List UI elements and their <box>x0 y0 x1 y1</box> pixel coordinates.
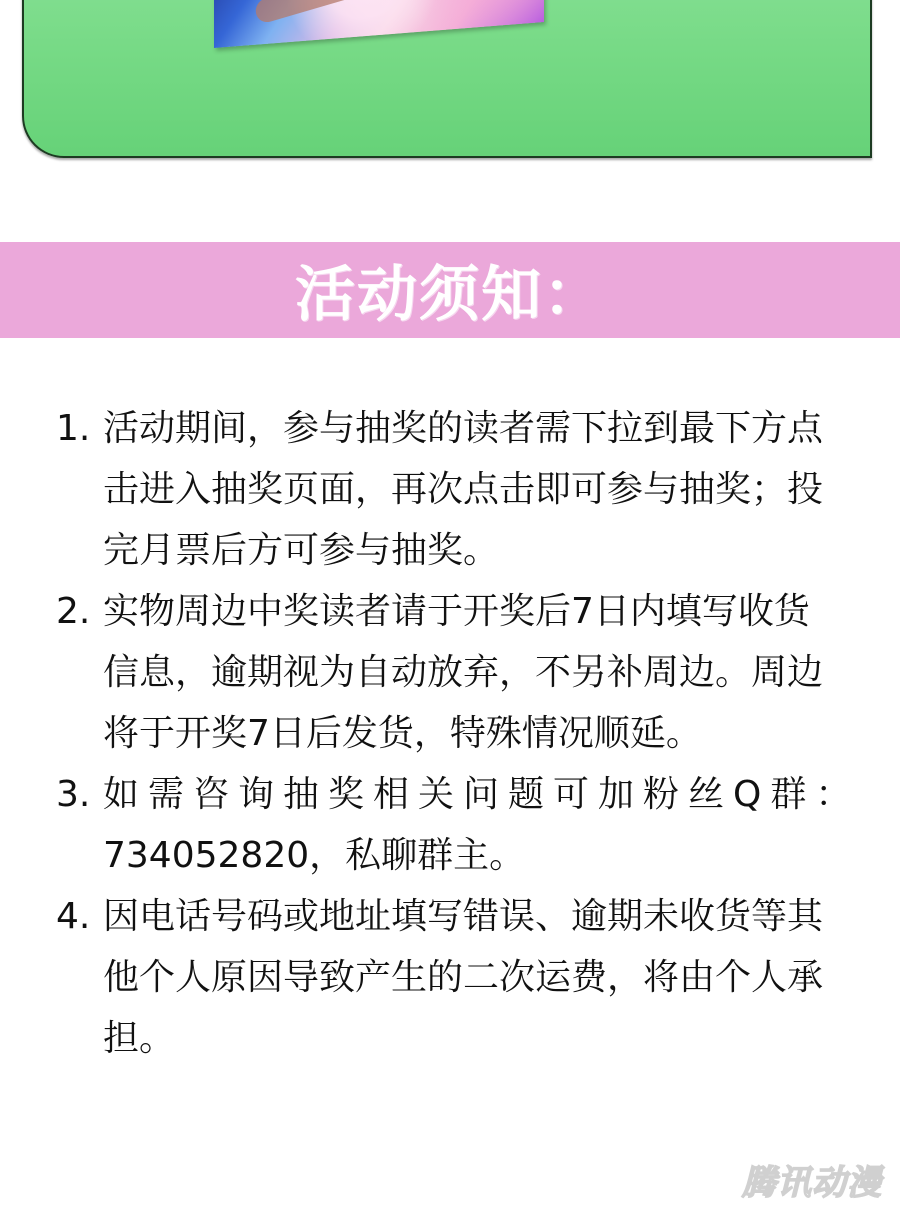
rule-line: 活动期间，参与抽奖的读者需下拉到最下方点 <box>103 398 840 459</box>
rule-item-3: 3. 如需咨询抽奖相关问题可加粉丝Q群： 734052820，私聊群主。 <box>0 764 900 886</box>
rule-line: 如需咨询抽奖相关问题可加粉丝Q群： <box>103 764 840 825</box>
notice-title: 活动须知： <box>295 247 605 333</box>
rule-number: 1. <box>56 398 90 459</box>
header-green-panel <box>22 0 872 158</box>
rule-line: 734052820，私聊群主。 <box>103 825 840 886</box>
rule-line: 将于开奖7日后发货，特殊情况顺延。 <box>103 703 840 764</box>
rule-item-1: 1. 活动期间，参与抽奖的读者需下拉到最下方点 击进入抽奖页面，再次点击即可参与… <box>0 398 900 581</box>
notice-banner: 活动须知： <box>0 242 900 338</box>
rule-item-2: 2. 实物周边中奖读者请于开奖后7日内填写收货 信息，逾期视为自动放弃，不另补周… <box>0 581 900 764</box>
rule-line: 信息，逾期视为自动放弃，不另补周边。周边 <box>103 642 840 703</box>
rule-number: 4. <box>56 886 90 947</box>
rule-number: 3. <box>56 764 90 825</box>
tencent-comics-watermark: 腾讯动漫 <box>742 1155 882 1204</box>
rule-line: 担。 <box>103 1008 840 1069</box>
rule-line: 击进入抽奖页面，再次点击即可参与抽奖；投 <box>103 459 840 520</box>
anime-illustration-card <box>214 0 544 48</box>
rule-item-4: 4. 因电话号码或地址填写错误、逾期未收货等其 他个人原因导致产生的二次运费，将… <box>0 886 900 1069</box>
rules-list: 1. 活动期间，参与抽奖的读者需下拉到最下方点 击进入抽奖页面，再次点击即可参与… <box>0 398 900 1069</box>
rule-line: 因电话号码或地址填写错误、逾期未收货等其 <box>103 886 840 947</box>
rule-line: 完月票后方可参与抽奖。 <box>103 520 840 581</box>
rule-line: 实物周边中奖读者请于开奖后7日内填写收货 <box>103 581 840 642</box>
rule-line: 他个人原因导致产生的二次运费，将由个人承 <box>103 947 840 1008</box>
rule-number: 2. <box>56 581 90 642</box>
